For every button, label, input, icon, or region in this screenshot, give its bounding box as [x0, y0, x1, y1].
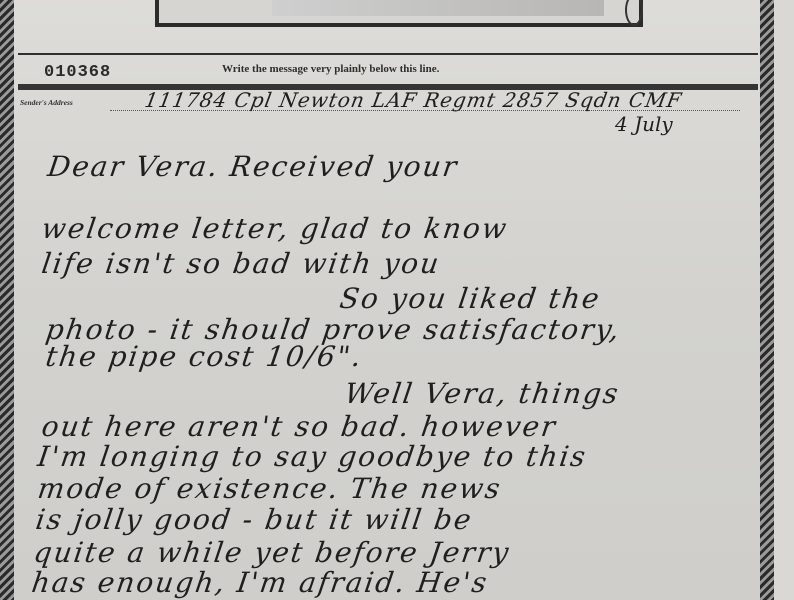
sender-address: 111784 Cpl Newton LAF Regmt 2857 Sqdn CM… [143, 88, 684, 112]
letter-line: Dear Vera. Received your [46, 150, 461, 183]
letter-line: is jolly good - but it will be [34, 503, 475, 536]
letter-line: Well Vera, things [343, 377, 622, 410]
top-rule [18, 53, 758, 55]
letter-date: 4 July [615, 112, 673, 136]
letter-line: So you liked the [338, 282, 603, 315]
letter-line: welcome letter, glad to know [40, 212, 511, 245]
right-hatched-border [760, 0, 774, 600]
letter-line: the pipe cost 10/6". [44, 340, 365, 373]
letter-line: has enough, I'm afraid. He's [30, 566, 491, 599]
sender-address-label: Sender's Address [20, 98, 73, 107]
redacted-area [272, 0, 604, 16]
background-margin [774, 0, 794, 600]
letter-line: mode of existence. The news [36, 472, 504, 505]
serial-number: 010368 [44, 63, 111, 82]
letter-line: out here aren't so bad. however [40, 410, 559, 443]
left-hatched-border [0, 0, 14, 600]
letter-line: life isn't so bad with you [40, 247, 443, 280]
form-instruction: Write the message very plainly below thi… [222, 63, 439, 75]
letter-line: I'm longing to say goodbye to this [36, 440, 590, 473]
letter-line: quite a while yet before Jerry [32, 536, 513, 569]
